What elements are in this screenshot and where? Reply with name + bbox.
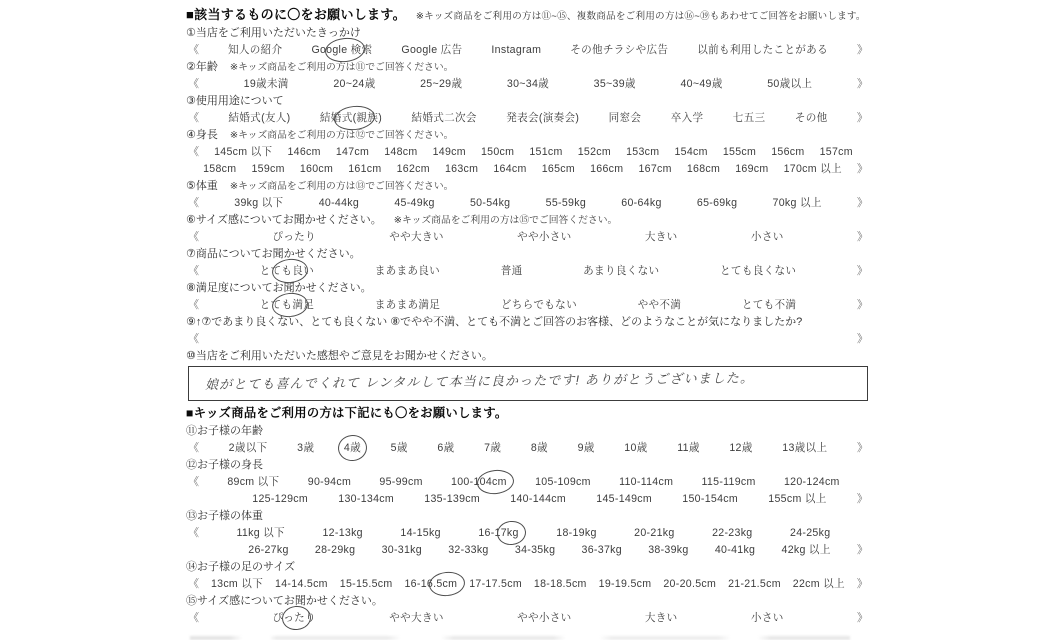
option: やや小さい [517, 229, 571, 246]
close-bracket: 》 [857, 195, 868, 212]
question-rows: 《ぴったりやや大きいやや小さい大きい小さい》 [186, 229, 870, 246]
open-bracket: 《 [188, 576, 199, 593]
option: 26-27kg [248, 542, 288, 559]
close-bracket: 》 [857, 331, 868, 348]
option: 22cm 以上 [793, 576, 845, 593]
option: 21-21.5cm [728, 576, 781, 593]
option: 14-15kg [400, 525, 440, 542]
option: 18-18.5cm [534, 576, 587, 593]
question-label: ⑬お子様の体重 [186, 508, 870, 525]
comment-box: 娘がとても喜んでくれて レンタルして本当に良かったです! ありがとうございました… [188, 366, 868, 401]
option: 40~49歳 [680, 76, 722, 93]
option: 149cm [433, 144, 466, 161]
question-label: ⑥サイズ感についてお聞かせください。※キッズ商品をご利用の方は⑮でご回答ください… [186, 212, 870, 229]
option: 結婚式(友人) [228, 110, 290, 127]
option: ぴったり [272, 229, 316, 246]
option: 7歳 [484, 440, 501, 457]
option: 159cm [251, 161, 284, 178]
question-label-text: ⑮サイズ感についてお聞かせください。 [186, 595, 383, 607]
option: 45-49kg [394, 195, 434, 212]
question-rows: 《89cm 以下90-94cm95-99cm100-104cm105-109cm… [186, 474, 870, 508]
option: 105-109cm [535, 474, 591, 491]
option: 154cm [674, 144, 707, 161]
option: 七五三 [733, 110, 766, 127]
question-block: ⑤体重※キッズ商品をご利用の方は⑬でご回答ください。 《39kg 以下40-44… [186, 178, 870, 212]
option: 162cm [397, 161, 430, 178]
question-label: ⑨↑⑦であまり良くない、とても良くない ⑧でやや不満、とても不満とご回答のお客様… [186, 314, 870, 331]
survey-header: ■該当するものに〇をお願いします。 ※キッズ商品をご利用の方は⑪~⑮、複数商品を… [186, 5, 870, 25]
option: 152cm [578, 144, 611, 161]
option: 115-119cm [702, 474, 756, 491]
option: 150cm [481, 144, 514, 161]
option: 165cm [542, 161, 575, 178]
option: その他 [795, 110, 828, 127]
option: まあまあ良い [375, 263, 440, 280]
question-note: ※キッズ商品をご利用の方は⑫でご回答ください。 [230, 130, 454, 141]
option: 155cm 以上 [768, 491, 826, 508]
question-block: ⑧満足度についてお聞かせください。 《とても満足まあまあ満足どちらでもないやや不… [186, 280, 870, 314]
option: 120-124cm [784, 474, 840, 491]
option: やや大きい [389, 610, 443, 627]
question-label-text: ⑪お子様の年齢 [186, 425, 263, 437]
option: 12-13kg [322, 525, 362, 542]
question-label-text: ③使用用途について [186, 95, 284, 107]
option: 6歳 [437, 440, 454, 457]
question-rows: 《結婚式(友人)結婚式(親族)結婚式二次会発表会(演奏会)同窓会卒入学七五三その… [186, 110, 870, 127]
question-rows: 娘がとても喜んでくれて レンタルして本当に良かったです! ありがとうございました… [186, 366, 870, 401]
option: 167cm [638, 161, 671, 178]
option: 30~34歳 [507, 76, 549, 93]
option: 135-139cm [424, 491, 480, 508]
option: 4歳 [344, 440, 361, 457]
option: 166cm [590, 161, 623, 178]
option: 40-44kg [319, 195, 359, 212]
option: 146cm [287, 144, 320, 161]
option: 147cm [336, 144, 369, 161]
question-label-text: ⑧満足度についてお聞かせください。 [186, 282, 372, 294]
option: 42kg 以上 [782, 542, 831, 559]
option: 28-29kg [315, 542, 355, 559]
question-label: ⑧満足度についてお聞かせください。 [186, 280, 870, 297]
question-label: ⑦商品についてお聞かせください。 [186, 246, 870, 263]
option: 169cm [735, 161, 768, 178]
close-bracket: 》 [857, 42, 868, 59]
option-row: 《13cm 以下14-14.5cm15-15.5cm16-16.5cm17-17… [186, 576, 870, 593]
option: 普通 [501, 263, 523, 280]
option: 大きい [645, 229, 678, 246]
option: 12歳 [729, 440, 752, 457]
close-bracket: 》 [857, 161, 868, 178]
open-bracket: 《 [188, 331, 199, 348]
option: 5歳 [391, 440, 408, 457]
close-bracket: 》 [857, 297, 868, 314]
question-label: ⑤体重※キッズ商品をご利用の方は⑬でご回答ください。 [186, 178, 870, 195]
option: Google 検索 [311, 42, 372, 59]
question-block: ⑩当店をご利用いただいた感想やご意見をお聞かせください。 娘がとても喜んでくれて… [186, 348, 870, 401]
option: 32-33kg [448, 542, 488, 559]
option: その他チラシや広告 [570, 42, 668, 59]
option: 2歳以下 [229, 440, 268, 457]
option: 結婚式(親族) [320, 110, 382, 127]
option: 17-17.5cm [469, 576, 522, 593]
question-label-text: ⑨↑⑦であまり良くない、とても良くない ⑧でやや不満、とても不満とご回答のお客様… [186, 316, 802, 328]
option: 145-149cm [596, 491, 652, 508]
question-block: ⑭お子様の足のサイズ 《13cm 以下14-14.5cm15-15.5cm16-… [186, 559, 870, 593]
option: 25~29歳 [420, 76, 462, 93]
question-rows: 《とても満足まあまあ満足どちらでもないやや不満とても不満》 [186, 297, 870, 314]
option: 11kg 以下 [237, 525, 285, 542]
option: 110-114cm [619, 474, 673, 491]
open-bracket: 《 [188, 76, 199, 93]
question-block: ⑫お子様の身長 《89cm 以下90-94cm95-99cm100-104cm1… [186, 457, 870, 508]
question-rows: 《知人の紹介Google 検索Google 広告Instagramその他チラシや… [186, 42, 870, 59]
option: 158cm [203, 161, 236, 178]
question-label: ①当店をご利用いただいたきっかけ [186, 25, 870, 42]
option-row: 《ぴったりやや大きいやや小さい大きい小さい》 [186, 610, 870, 627]
close-bracket: 》 [857, 491, 868, 508]
option: 知人の紹介 [228, 42, 282, 59]
option: 20~24歳 [333, 76, 375, 93]
open-bracket: 《 [188, 42, 199, 59]
question-block: ⑮サイズ感についてお聞かせください。 《ぴったりやや大きいやや小さい大きい小さい… [186, 593, 870, 627]
option: とても不満 [742, 297, 796, 314]
option: どちらでもない [501, 297, 577, 314]
question-label: ④身長※キッズ商品をご利用の方は⑫でご回答ください。 [186, 127, 870, 144]
question-note: ※キッズ商品をご利用の方は⑮でご回答ください。 [394, 215, 618, 226]
option: やや不満 [638, 297, 682, 314]
open-bracket: 《 [188, 610, 199, 627]
open-bracket: 《 [188, 525, 199, 542]
option: 小さい [751, 229, 784, 246]
option: 同窓会 [609, 110, 642, 127]
option: 13cm 以下 [211, 576, 263, 593]
main-questions-section: ①当店をご利用いただいたきっかけ 《知人の紹介Google 検索Google 広… [186, 25, 870, 401]
question-label-text: ①当店をご利用いただいたきっかけ [186, 27, 361, 39]
question-rows: 《13cm 以下14-14.5cm15-15.5cm16-16.5cm17-17… [186, 576, 870, 593]
option: 168cm [687, 161, 720, 178]
option: 13歳以上 [782, 440, 827, 457]
question-rows: 《2歳以下3歳4歳5歳6歳7歳8歳9歳10歳11歳12歳13歳以上》 [186, 440, 870, 457]
option: 145cm 以下 [214, 144, 272, 161]
survey-sheet: ■該当するものに〇をお願いします。 ※キッズ商品をご利用の方は⑪~⑮、複数商品を… [186, 5, 870, 627]
option: 9歳 [578, 440, 595, 457]
question-label-text: ⑩当店をご利用いただいた感想やご意見をお聞かせください。 [186, 350, 493, 362]
option-row: 《19歳未満20~24歳25~29歳30~34歳35~39歳40~49歳50歳以… [186, 76, 870, 93]
open-bracket: 《 [188, 263, 199, 280]
question-label-text: ④身長 [186, 129, 218, 141]
option: 11歳 [677, 440, 700, 457]
option: 153cm [626, 144, 659, 161]
question-block: ⑥サイズ感についてお聞かせください。※キッズ商品をご利用の方は⑮でご回答ください… [186, 212, 870, 246]
option: 小さい [751, 610, 784, 627]
option: 36-37kg [582, 542, 622, 559]
option-row: 《とても満足まあまあ満足どちらでもないやや不満とても不満》 [186, 297, 870, 314]
option: 30-31kg [382, 542, 422, 559]
option-row: 《89cm 以下90-94cm95-99cm100-104cm105-109cm… [186, 474, 870, 491]
option: 39kg 以下 [234, 195, 283, 212]
option: 70kg 以上 [773, 195, 822, 212]
question-label: ②年齢※キッズ商品をご利用の方は⑪でご回答ください。 [186, 59, 870, 76]
option: 164cm [493, 161, 526, 178]
option: 40-41kg [715, 542, 755, 559]
option: 161cm [348, 161, 381, 178]
option-row: 158cm159cm160cm161cm162cm163cm164cm165cm… [186, 161, 870, 178]
option: 35~39歳 [594, 76, 636, 93]
close-bracket: 》 [857, 610, 868, 627]
option: 156cm [771, 144, 804, 161]
question-block: ⑪お子様の年齢 《2歳以下3歳4歳5歳6歳7歳8歳9歳10歳11歳12歳13歳以… [186, 423, 870, 457]
option: とても良い [260, 263, 314, 280]
option: 151cm [529, 144, 562, 161]
question-note: ※キッズ商品をご利用の方は⑬でご回答ください。 [230, 181, 454, 192]
open-bracket: 《 [188, 474, 199, 491]
option: 8歳 [531, 440, 548, 457]
question-block: ①当店をご利用いただいたきっかけ 《知人の紹介Google 検索Google 広… [186, 25, 870, 59]
question-rows: 《》 [186, 331, 870, 348]
question-label-text: ②年齢 [186, 61, 218, 73]
question-label-text: ⑤体重 [186, 180, 218, 192]
option: 170cm 以上 [784, 161, 842, 178]
option-row: 《とても良いまあまあ良い普通あまり良くないとても良くない》 [186, 263, 870, 280]
option: 結婚式二次会 [411, 110, 476, 127]
close-bracket: 》 [857, 110, 868, 127]
option: 卒入学 [671, 110, 704, 127]
option-row: 《11kg 以下12-13kg14-15kg16-17kg18-19kg20-2… [186, 525, 870, 542]
question-block: ④身長※キッズ商品をご利用の方は⑫でご回答ください。 《145cm 以下146c… [186, 127, 870, 178]
question-block: ②年齢※キッズ商品をご利用の方は⑪でご回答ください。 《19歳未満20~24歳2… [186, 59, 870, 93]
open-bracket: 《 [188, 110, 199, 127]
kids-questions-section: ⑪お子様の年齢 《2歳以下3歳4歳5歳6歳7歳8歳9歳10歳11歳12歳13歳以… [186, 423, 870, 627]
option-row: 《2歳以下3歳4歳5歳6歳7歳8歳9歳10歳11歳12歳13歳以上》 [186, 440, 870, 457]
option: 95-99cm [379, 474, 422, 491]
option-row: 《145cm 以下146cm147cm148cm149cm150cm151cm1… [186, 144, 870, 161]
option: 大きい [645, 610, 678, 627]
option: 19-19.5cm [599, 576, 652, 593]
option: 34-35kg [515, 542, 555, 559]
option: ぴったり [272, 610, 316, 627]
option-row: 《結婚式(友人)結婚式(親族)結婚式二次会発表会(演奏会)同窓会卒入学七五三その… [186, 110, 870, 127]
question-rows: 《とても良いまあまあ良い普通あまり良くないとても良くない》 [186, 263, 870, 280]
option: 15-15.5cm [340, 576, 393, 593]
close-bracket: 》 [857, 576, 868, 593]
question-label-text: ⑭お子様の足のサイズ [186, 561, 295, 573]
option: 3歳 [297, 440, 314, 457]
option: 19歳未満 [244, 76, 289, 93]
option: やや大きい [389, 229, 443, 246]
option: 発表会(演奏会) [506, 110, 579, 127]
option: 55-59kg [546, 195, 586, 212]
option: 16-16.5cm [404, 576, 457, 593]
open-bracket: 《 [188, 297, 199, 314]
option: 160cm [300, 161, 333, 178]
open-bracket: 《 [188, 195, 199, 212]
survey-title: ■該当するものに〇をお願いします。 [186, 5, 406, 25]
survey-title-note: ※キッズ商品をご利用の方は⑪~⑮、複数商品をご利用の方は⑯~⑲もあわせてご回答を… [416, 7, 866, 27]
option: 22-23kg [712, 525, 752, 542]
option-row: 《ぴったりやや大きいやや小さい大きい小さい》 [186, 229, 870, 246]
option: 148cm [384, 144, 417, 161]
option: 以前も利用したことがある [697, 42, 828, 59]
option: 50-54kg [470, 195, 510, 212]
option-row: 125-129cm130-134cm135-139cm140-144cm145-… [186, 491, 870, 508]
option: Google 広告 [401, 42, 462, 59]
option: やや小さい [517, 610, 571, 627]
question-label: ③使用用途について [186, 93, 870, 110]
option: 130-134cm [338, 491, 394, 508]
option: 50歳以上 [767, 76, 812, 93]
question-block: ⑦商品についてお聞かせください。 《とても良いまあまあ良い普通あまり良くないとて… [186, 246, 870, 280]
close-bracket: 》 [857, 440, 868, 457]
question-rows: 《145cm 以下146cm147cm148cm149cm150cm151cm1… [186, 144, 870, 178]
close-bracket: 》 [857, 229, 868, 246]
open-bracket: 《 [188, 229, 199, 246]
question-label: ⑪お子様の年齢 [186, 423, 870, 440]
option: 157cm [820, 144, 853, 161]
question-block: ③使用用途について 《結婚式(友人)結婚式(親族)結婚式二次会発表会(演奏会)同… [186, 93, 870, 127]
question-note: ※キッズ商品をご利用の方は⑪でご回答ください。 [230, 62, 454, 73]
question-block: ⑬お子様の体重 《11kg 以下12-13kg14-15kg16-17kg18-… [186, 508, 870, 559]
option: Instagram [491, 42, 541, 59]
question-label: ⑫お子様の身長 [186, 457, 870, 474]
option: 18-19kg [556, 525, 596, 542]
question-label-text: ⑬お子様の体重 [186, 510, 263, 522]
option: 150-154cm [682, 491, 738, 508]
option: 163cm [445, 161, 478, 178]
question-rows: 《39kg 以下40-44kg45-49kg50-54kg55-59kg60-6… [186, 195, 870, 212]
option-row: 《39kg 以下40-44kg45-49kg50-54kg55-59kg60-6… [186, 195, 870, 212]
question-block: ⑨↑⑦であまり良くない、とても良くない ⑧でやや不満、とても不満とご回答のお客様… [186, 314, 870, 348]
option-row: 《》 [186, 331, 870, 348]
option: 16-17kg [478, 525, 518, 542]
open-bracket: 《 [188, 144, 199, 161]
option: 125-129cm [252, 491, 308, 508]
option: 65-69kg [697, 195, 737, 212]
question-label-text: ⑥サイズ感についてお聞かせください。 [186, 214, 382, 226]
option: とても満足 [260, 297, 314, 314]
option: 20-20.5cm [663, 576, 716, 593]
question-label: ⑩当店をご利用いただいた感想やご意見をお聞かせください。 [186, 348, 870, 365]
option: 10歳 [624, 440, 647, 457]
option-row: 26-27kg28-29kg30-31kg32-33kg34-35kg36-37… [186, 542, 870, 559]
option: 60-64kg [621, 195, 661, 212]
question-label: ⑮サイズ感についてお聞かせください。 [186, 593, 870, 610]
option: 89cm 以下 [227, 474, 279, 491]
option: 100-104cm [451, 474, 507, 491]
option: 140-144cm [510, 491, 566, 508]
option: とても良くない [720, 263, 796, 280]
option-row: 《知人の紹介Google 検索Google 広告Instagramその他チラシや… [186, 42, 870, 59]
question-rows: 《11kg 以下12-13kg14-15kg16-17kg18-19kg20-2… [186, 525, 870, 559]
cutoff-text-remnant [190, 636, 850, 640]
option: 90-94cm [308, 474, 351, 491]
question-label: ⑭お子様の足のサイズ [186, 559, 870, 576]
close-bracket: 》 [857, 263, 868, 280]
option: 155cm [723, 144, 756, 161]
option: あまり良くない [583, 263, 659, 280]
option: 20-21kg [634, 525, 674, 542]
question-label-text: ⑦商品についてお聞かせください。 [186, 248, 361, 260]
option: まあまあ満足 [375, 297, 440, 314]
close-bracket: 》 [857, 542, 868, 559]
open-bracket: 《 [188, 440, 199, 457]
option: 24-25kg [790, 525, 830, 542]
option: 14-14.5cm [275, 576, 328, 593]
question-label-text: ⑫お子様の身長 [186, 459, 263, 471]
question-rows: 《ぴったりやや大きいやや小さい大きい小さい》 [186, 610, 870, 627]
kids-section-title: ■キッズ商品をご利用の方は下記にも〇をお願いします。 [186, 404, 870, 423]
close-bracket: 》 [857, 76, 868, 93]
handwritten-comment: 娘がとても喜んでくれて レンタルして本当に良かったです! ありがとうございました… [205, 367, 754, 393]
option: 38-39kg [648, 542, 688, 559]
question-rows: 《19歳未満20~24歳25~29歳30~34歳35~39歳40~49歳50歳以… [186, 76, 870, 93]
